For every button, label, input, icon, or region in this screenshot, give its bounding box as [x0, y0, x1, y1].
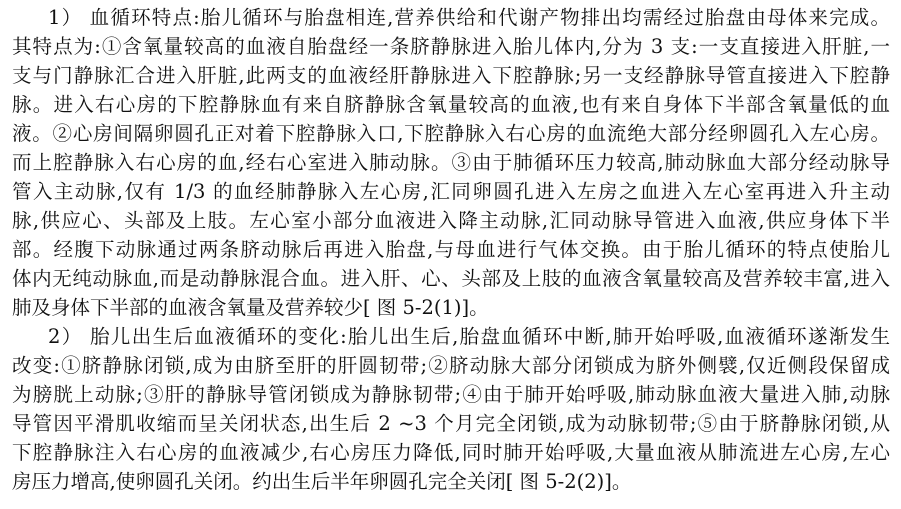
text-line: 1） 血循环特点:胎儿循环与胎盘相连,营养供给和代谢产物排出均需经过胎盘由母体来…: [12, 3, 890, 32]
document-page: 1） 血循环特点:胎儿循环与胎盘相连,营养供给和代谢产物排出均需经过胎盘由母体来…: [12, 3, 890, 496]
text-line: 房压力增高,使卵圆孔关闭。约出生后半年卵圆孔完全关闭[ 图 5-2(2)]。: [12, 467, 890, 496]
text-line: 其特点为:①含氧量较高的血液自胎盘经一条脐静脉进入胎儿体内,分为 3 支:一支直…: [12, 32, 890, 61]
text-line: 体内无纯动脉血,而是动静脉混合血。进入肝、心、头部及上肢的血液含氧量较高及营养较…: [12, 264, 890, 293]
text-line: 管入主动脉,仅有 1/3 的血经肺静脉入左心房,汇同卵圆孔进入左房之血进入左心室…: [12, 177, 890, 206]
text-line: 部。经腹下动脉通过两条脐动脉后再进入胎盘,与母血进行气体交换。由于胎儿循环的特点…: [12, 235, 890, 264]
text-line: 肺及身体下半部的血液含氧量及营养较少[ 图 5-2(1)]。: [12, 293, 890, 322]
text-line: 脉,供应心、头部及上肢。左心室小部分血液进入降主动脉,汇同动脉导管进入血液,供应…: [12, 206, 890, 235]
text-line: 液。②心房间隔卵圆孔正对着下腔静脉入口,下腔静脉入右心房的血流绝大部分经卵圆孔入…: [12, 119, 890, 148]
text-line: 2） 胎儿出生后血液循环的变化:胎儿出生后,胎盘血循环中断,肺开始呼吸,血液循环…: [12, 322, 890, 351]
text-line: 导管因平滑肌收缩而呈关闭状态,出生后 2 ~3 个月完全闭锁,成为动脉韧带;⑤由…: [12, 409, 890, 438]
text-line: 改变:①脐静脉闭锁,成为由脐至肝的肝圆韧带;②脐动脉大部分闭锁成为脐外侧襞,仅近…: [12, 351, 890, 380]
text-line: 支与门静脉汇合进入肝脏,此两支的血液经肝静脉进入下腔静脉;另一支经静脉导管直接进…: [12, 61, 890, 90]
text-line: 下腔静脉注入右心房的血液减少,右心房压力降低,同时肺开始呼吸,大量血液从肺流进左…: [12, 438, 890, 467]
text-line: 而上腔静脉入右心房的血,经右心室进入肺动脉。③由于肺循环压力较高,肺动脉血大部分…: [12, 148, 890, 177]
paragraph-fetal-circulation: 1） 血循环特点:胎儿循环与胎盘相连,营养供给和代谢产物排出均需经过胎盘由母体来…: [12, 3, 890, 322]
paragraph-postnatal-changes: 2） 胎儿出生后血液循环的变化:胎儿出生后,胎盘血循环中断,肺开始呼吸,血液循环…: [12, 322, 890, 496]
text-line: 为膀胱上动脉;③肝的静脉导管闭锁成为静脉韧带;④由于肺开始呼吸,肺动脉血液大量进…: [12, 380, 890, 409]
text-line: 脉。进入右心房的下腔静脉血有来自脐静脉含氧量较高的血液,也有来自身体下半部含氧量…: [12, 90, 890, 119]
